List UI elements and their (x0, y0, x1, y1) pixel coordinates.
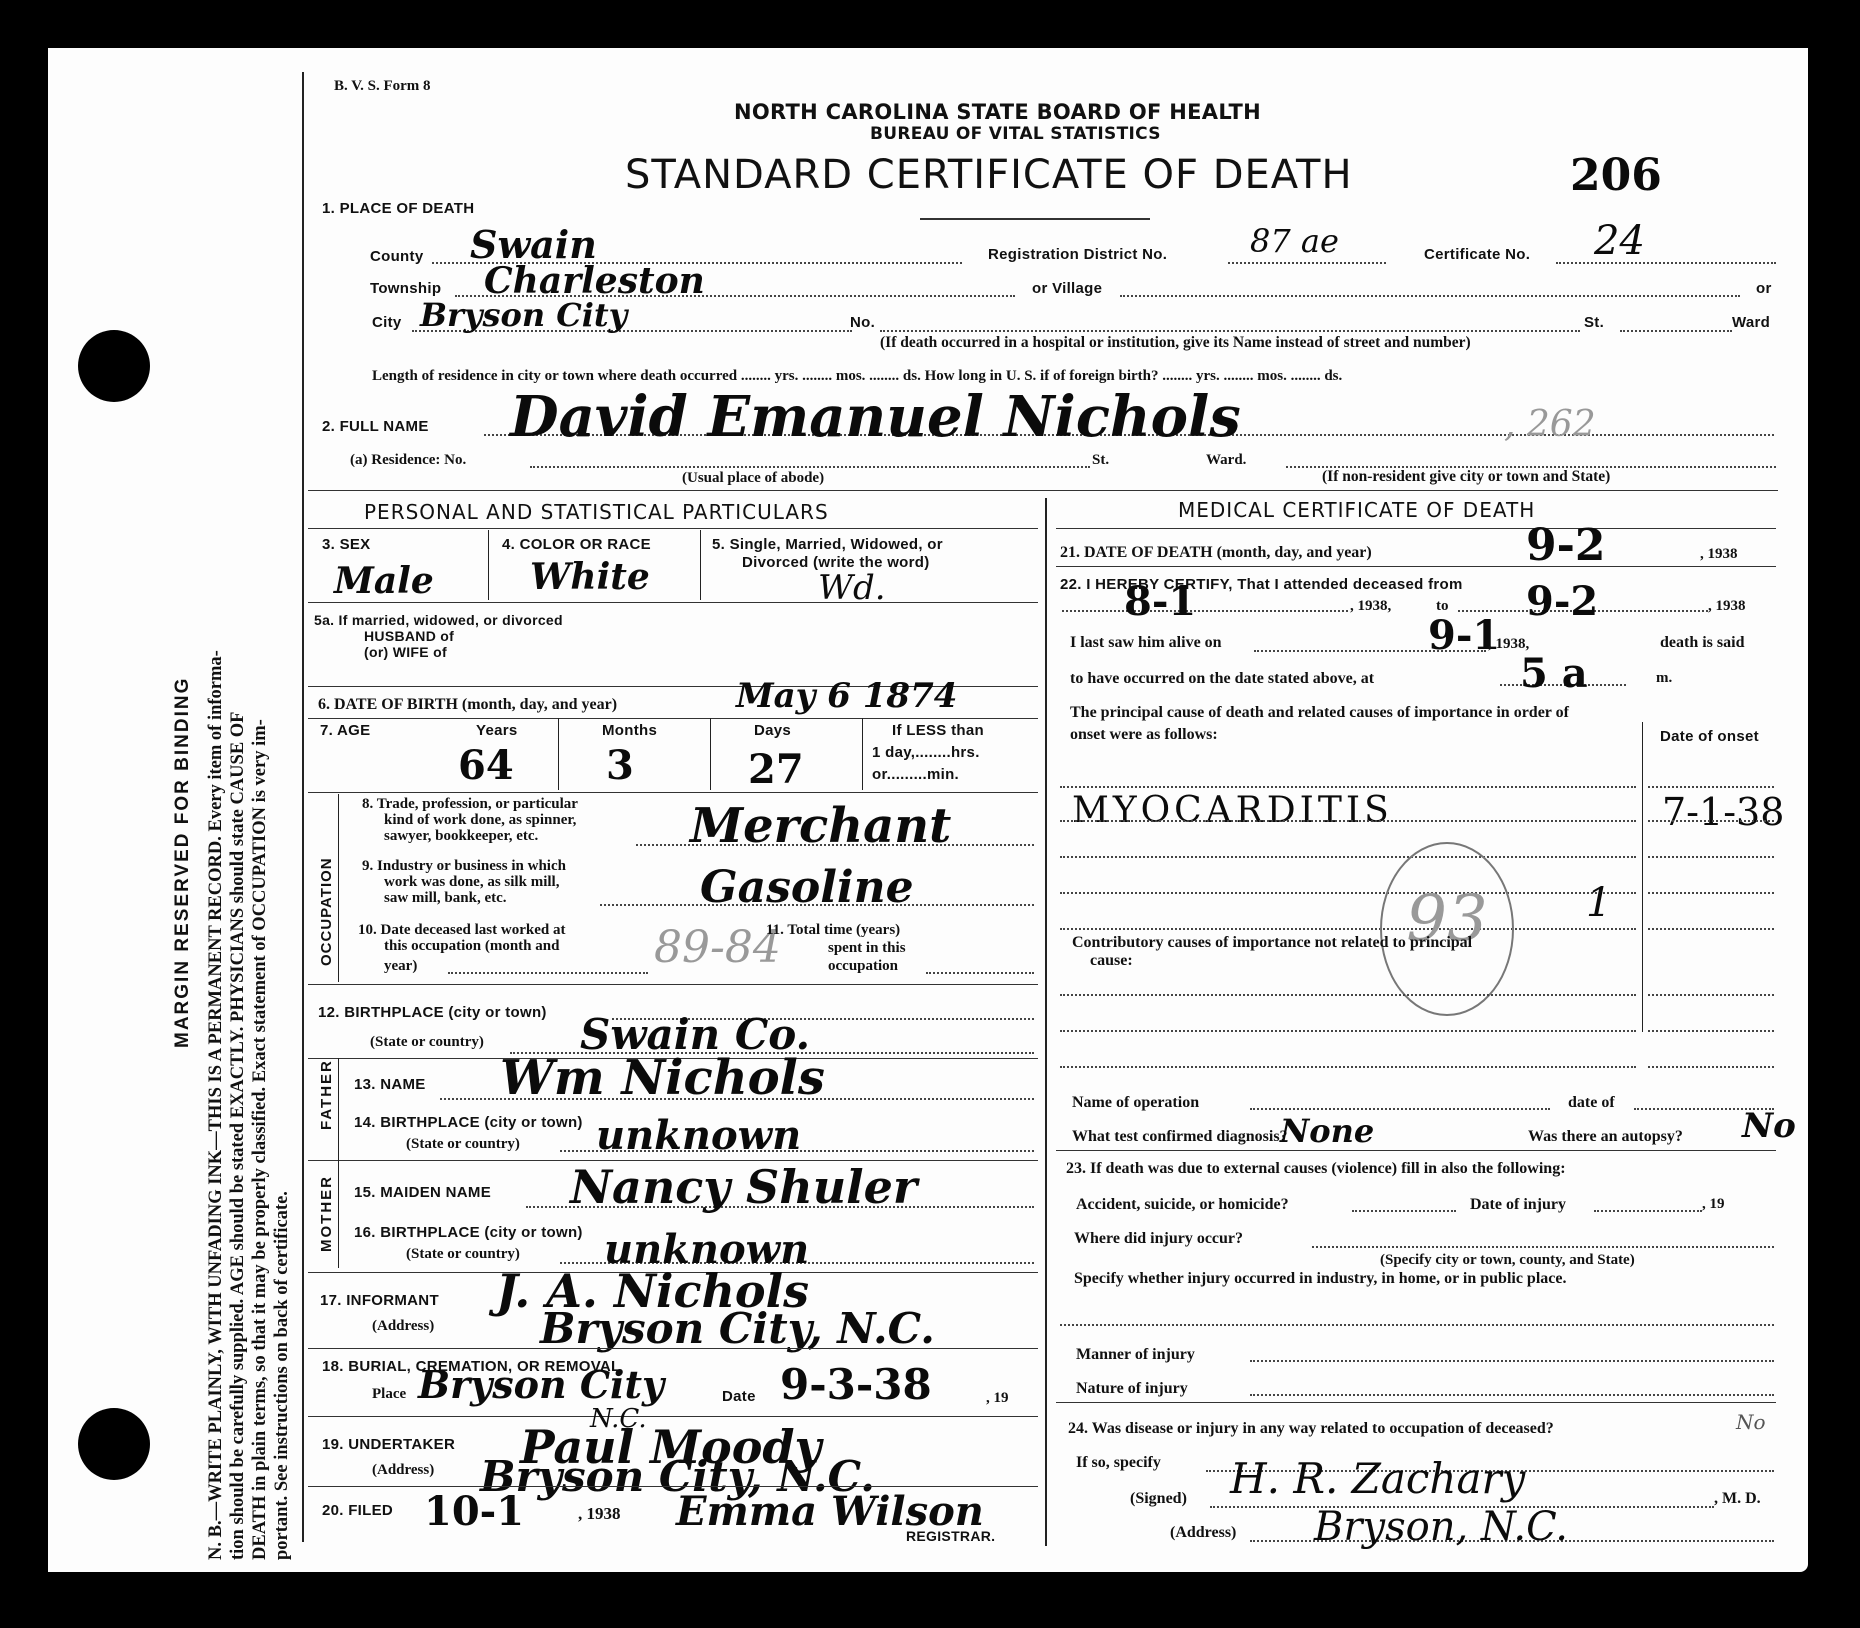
margin-notice-line-1: N. B.—WRITE PLAINLY, WITH UNFADING INK—T… (206, 650, 227, 1560)
village-label: or Village (1032, 280, 1102, 297)
time-value[interactable]: 5 a (1520, 650, 1588, 697)
mother-birthplace-label: 16. BIRTHPLACE (city or town) (354, 1224, 583, 1241)
certificate-no-value[interactable]: 24 (1594, 218, 1645, 264)
age-days-value[interactable]: 27 (748, 746, 804, 793)
residence-st-label: St. (1092, 452, 1109, 469)
hospital-note: (If death occurred in a hospital or inst… (880, 334, 1471, 352)
physician-address-label: (Address) (1170, 1524, 1236, 1542)
onset-value[interactable]: 7-1-38 (1662, 790, 1784, 834)
less-label-2: 1 day,........hrs. (872, 744, 980, 761)
registration-district-value[interactable]: 87 ae (1250, 222, 1339, 260)
stamp-number: 206 (1570, 150, 1662, 201)
city-label: City (372, 314, 402, 331)
specify-place-label: Specify whether injury occurred in indus… (1074, 1270, 1566, 1288)
occurred-label: to have occurred on the date stated abov… (1070, 670, 1374, 688)
contributory-label-2: cause: (1090, 952, 1133, 970)
operation-date-label: date of (1568, 1094, 1615, 1112)
section-divider (308, 490, 1778, 491)
occupation-related-label: 24. Was disease or injury in any way rel… (1068, 1420, 1554, 1438)
dod-year: , 1938 (1700, 546, 1738, 563)
binding-margin-label: MARGIN RESERVED FOR BINDING (172, 677, 194, 1048)
medical-section-title: MEDICAL CERTIFICATE OF DEATH (1178, 498, 1535, 522)
informant-label: 17. INFORMANT (320, 1292, 439, 1309)
race-label: 4. COLOR OR RACE (502, 536, 651, 553)
father-birthplace-value[interactable]: unknown (596, 1112, 801, 1159)
abode-note: (Usual place of abode) (682, 470, 824, 487)
test-value[interactable]: None (1280, 1112, 1374, 1150)
occupation-side-label: OCCUPATION (318, 857, 335, 966)
cause-label-1: The principal cause of death and related… (1070, 704, 1569, 722)
less-label-3: or.........min. (872, 766, 959, 783)
certificate-line (1556, 262, 1776, 264)
race-value[interactable]: White (530, 556, 650, 598)
residence-label: (a) Residence: No. (350, 452, 466, 469)
dob-label: 6. DATE OF BIRTH (month, day, and year) (318, 696, 617, 714)
total-time-label-1: 11. Total time (years) (766, 922, 900, 939)
undertaker-label: 19. UNDERTAKER (322, 1436, 455, 1453)
cause-label-2: onset were as follows: (1070, 726, 1218, 744)
cause-value[interactable]: MYOCARDITIS (1072, 790, 1393, 831)
ward-line (1620, 330, 1732, 332)
if-so-label: If so, specify (1076, 1454, 1161, 1472)
last-worked-label-3: year) (384, 958, 417, 975)
onset-label: Date of onset (1660, 728, 1759, 745)
injury-date-label: Date of injury (1470, 1196, 1566, 1214)
birthplace-label: 12. BIRTHPLACE (city or town) (318, 1004, 547, 1021)
margin-notice-line-4: portant. See instructions on back of cer… (272, 1191, 293, 1560)
age-months-value[interactable]: 3 (606, 742, 634, 789)
st-label: St. (1584, 314, 1604, 331)
place-of-death-label: 1. PLACE OF DEATH (322, 200, 474, 217)
margin-notice-line-2: tion should be carefully supplied. AGE s… (228, 712, 249, 1560)
manner-label: Manner of injury (1076, 1346, 1195, 1364)
father-birthplace-label: 14. BIRTHPLACE (city or town) (354, 1114, 583, 1131)
autopsy-value[interactable]: No (1742, 1106, 1796, 1146)
certificate-no-label: Certificate No. (1424, 246, 1530, 263)
birthplace-state-label: (State or country) (370, 1034, 484, 1051)
md-label: , M. D. (1714, 1490, 1761, 1508)
filed-label: 20. FILED (322, 1502, 393, 1519)
external-label: 23. If death was due to external causes … (1066, 1160, 1566, 1178)
mother-state-label: (State or country) (406, 1246, 520, 1263)
last-worked-label-1: 10. Date deceased last worked at (358, 922, 565, 939)
trade-label-3: sawyer, bookkeeper, etc. (384, 828, 538, 845)
dod-value[interactable]: 9-2 (1526, 520, 1606, 571)
sex-value[interactable]: Male (334, 560, 434, 602)
occupation-related-value[interactable]: No (1736, 1410, 1766, 1434)
accident-label: Accident, suicide, or homicide? (1076, 1196, 1289, 1214)
no-label: No. (850, 314, 875, 331)
spouse-label-3: (or) WIFE of (364, 644, 447, 660)
form-id: B. V. S. Form 8 (334, 78, 431, 95)
mother-name-value[interactable]: Nancy Shuler (570, 1160, 917, 1214)
page-title: STANDARD CERTIFICATE OF DEATH (625, 152, 1353, 198)
spouse-label-1: 5a. If married, widowed, or divorced (314, 612, 563, 628)
last-worked-label-2: this occupation (month and (384, 938, 559, 955)
spouse-label-2: HUSBAND of (364, 628, 454, 644)
attended-to-value[interactable]: 9-2 (1526, 578, 1598, 625)
residence-line (530, 466, 1090, 468)
test-label: What test confirmed diagnosis? (1072, 1128, 1288, 1146)
mother-name-label: 15. MAIDEN NAME (354, 1184, 491, 1201)
operation-label: Name of operation (1072, 1094, 1199, 1112)
nature-label: Nature of injury (1076, 1380, 1188, 1398)
sex-label: 3. SEX (322, 536, 371, 553)
signed-label: (Signed) (1130, 1490, 1187, 1508)
full-name-annotation: , 262 (1504, 404, 1596, 445)
years-label: Years (476, 722, 518, 739)
injury-year-label: , 19 (1702, 1196, 1725, 1213)
months-label: Months (602, 722, 657, 739)
contributory-label-1: Contributory causes of importance not re… (1072, 934, 1472, 952)
burial-place-value[interactable]: Bryson City (418, 1362, 664, 1407)
burial-year-label: , 19 (986, 1390, 1009, 1407)
father-name-label: 13. NAME (354, 1076, 426, 1093)
title-underline (920, 218, 1150, 220)
death-said-label: death is said (1660, 634, 1744, 652)
burial-place-label: Place (372, 1386, 406, 1403)
dob-value[interactable]: May 6 1874 (736, 676, 957, 716)
residence-ward-label: Ward. (1206, 452, 1246, 469)
undertaker-address-label: (Address) (372, 1462, 434, 1479)
or-label: or (1756, 280, 1772, 297)
full-name-label: 2. FULL NAME (322, 418, 429, 435)
trade-label-2: kind of work done, as spinner, (384, 812, 576, 829)
trade-value[interactable]: Merchant (690, 798, 951, 854)
marital-label-1: 5. Single, Married, Widowed, or (712, 536, 943, 553)
village-line (1120, 295, 1740, 297)
last-worked-value[interactable]: 89-84 (654, 922, 781, 973)
less-label-1: If LESS than (892, 722, 984, 739)
total-time-label-3: occupation (828, 958, 898, 975)
m-label: m. (1656, 670, 1672, 687)
father-state-label: (State or country) (406, 1136, 520, 1153)
industry-label-2: work was done, as silk mill, (384, 874, 559, 891)
county-label: County (370, 248, 423, 265)
days-label: Days (754, 722, 791, 739)
hole-punch-bottom (78, 1408, 150, 1480)
personal-section-title: PERSONAL AND STATISTICAL PARTICULARS (364, 500, 829, 524)
certify-label: 22. I HEREBY CERTIFY, That I attended de… (1060, 576, 1463, 593)
filed-year-value: , 1938 (578, 1504, 621, 1524)
form-center-divider (1045, 498, 1047, 1546)
where-label: Where did injury occur? (1074, 1230, 1243, 1248)
township-label: Township (370, 280, 441, 297)
age-label: 7. AGE (320, 722, 370, 739)
physician-signature[interactable]: H. R. Zachary (1230, 1454, 1525, 1503)
residence-length: Length of residence in city or town wher… (372, 368, 1342, 385)
industry-value[interactable]: Gasoline (700, 862, 914, 913)
ward-label: Ward (1732, 314, 1770, 331)
registration-district-label: Registration District No. (988, 246, 1167, 263)
total-time-label-2: spent in this (828, 940, 906, 957)
father-name-value[interactable]: Wm Nichols (500, 1050, 825, 1106)
burial-date-value[interactable]: 9-3-38 (780, 1360, 932, 1409)
attended-to-year: , 1938 (1708, 598, 1746, 615)
informant-address-value[interactable]: Bryson City, N.C. (540, 1304, 935, 1353)
informant-address-label: (Address) (372, 1318, 434, 1335)
attended-from-value[interactable]: 8-1 (1124, 578, 1196, 625)
form-left-border (302, 72, 304, 1542)
attended-from-year: , 1938, (1350, 598, 1391, 615)
filed-date-value[interactable]: 10-1 (424, 1488, 524, 1535)
dod-label: 21. DATE OF DEATH (month, day, and year) (1060, 544, 1372, 562)
industry-label-3: saw mill, bank, etc. (384, 890, 507, 907)
physician-address-value[interactable]: Bryson, N.C. (1314, 1504, 1568, 1550)
bureau-title: BUREAU OF VITAL STATISTICS (870, 124, 1161, 144)
board-title: NORTH CAROLINA STATE BOARD OF HEALTH (734, 100, 1261, 124)
where-note: (Specify city or town, county, and State… (1380, 1252, 1635, 1269)
registration-line (1228, 262, 1386, 264)
city-value[interactable]: Bryson City (420, 296, 627, 334)
mother-side-label: MOTHER (318, 1175, 335, 1252)
street-line (880, 330, 1580, 332)
registrar-label: REGISTRAR. (906, 1528, 995, 1544)
circled-code: 93 (1380, 842, 1514, 1016)
hole-punch-top (78, 330, 150, 402)
margin-notice-line-3: DEATH in plain terms, so that it may be … (250, 719, 271, 1560)
father-side-label: FATHER (318, 1059, 335, 1130)
code-mark: 1 (1586, 880, 1611, 926)
age-years-value[interactable]: 64 (458, 742, 514, 789)
industry-label-1: 9. Industry or business in which (362, 858, 566, 875)
burial-date-label: Date (722, 1388, 756, 1405)
trade-label-1: 8. Trade, profession, or particular (362, 796, 578, 813)
last-saw-label: I last saw him alive on (1070, 634, 1222, 652)
full-name-value[interactable]: David Emanuel Nichols (510, 384, 1241, 450)
autopsy-label: Was there an autopsy? (1528, 1128, 1683, 1146)
nonresident-note: (If non-resident give city or town and S… (1322, 468, 1610, 486)
